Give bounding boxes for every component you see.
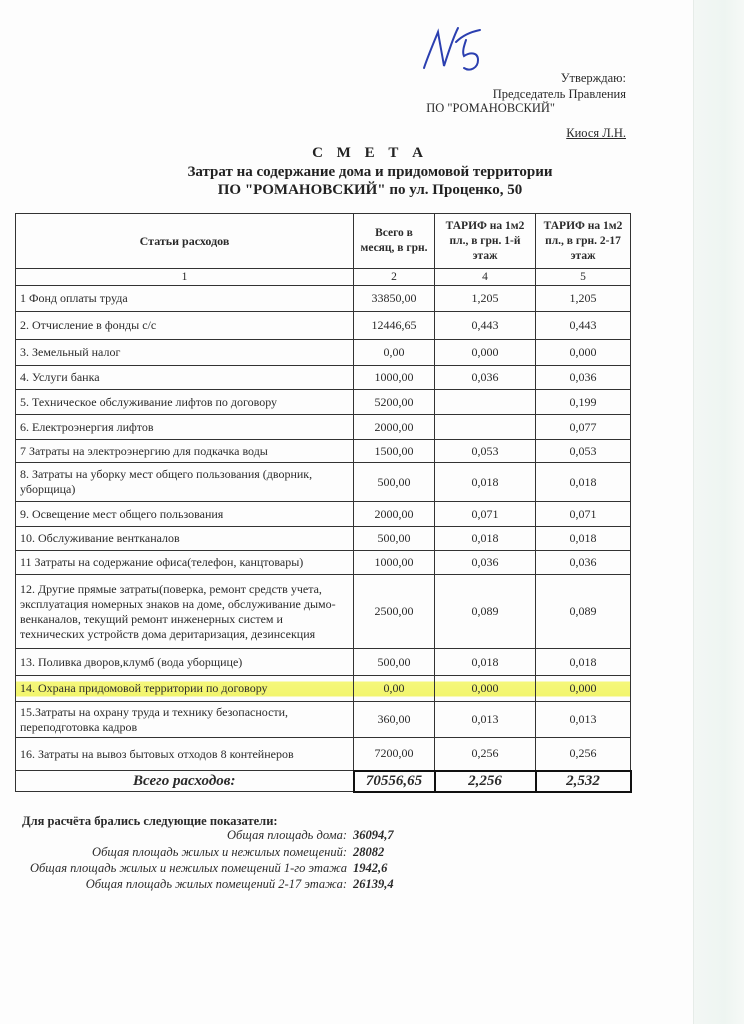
tariff-floors-2-17-cell: 0,443 xyxy=(536,312,631,340)
monthly-total-cell: 500,00 xyxy=(354,527,435,551)
tariff-floor-1-cell: 0,443 xyxy=(435,312,536,340)
tariff-floors-2-17-cell: 0,199 xyxy=(536,390,631,415)
totals-tariff-floors-2-17: 2,532 xyxy=(536,771,631,792)
monthly-total-cell: 2500,00 xyxy=(354,575,435,649)
tariff-floors-2-17-cell: 0,077 xyxy=(536,415,631,440)
expense-item-label: 3. Земельный налог xyxy=(16,340,354,366)
monthly-total-cell: 33850,00 xyxy=(354,286,435,312)
tariff-floor-1-cell: 0,071 xyxy=(435,502,536,527)
tariff-floors-2-17-cell: 0,071 xyxy=(536,502,631,527)
column-number: 1 xyxy=(16,269,354,286)
table-row: 9. Освещение мест общего пользования2000… xyxy=(16,502,631,527)
column-header-tariff-floor-1: ТАРИФ на 1м2 пл., в грн. 1-й этаж xyxy=(435,214,536,269)
parameter-value: 26139,4 xyxy=(353,877,394,892)
tariff-floor-1-cell: 0,256 xyxy=(435,738,536,771)
tariff-floor-1-cell: 0,000 xyxy=(435,676,536,702)
monthly-total-cell: 1500,00 xyxy=(354,440,435,463)
parameter-line: Общая площадь дома:36094,7 xyxy=(20,828,404,843)
tariff-floor-1-cell: 0,036 xyxy=(435,551,536,575)
totals-tariff-floor-1: 2,256 xyxy=(435,771,536,792)
table-header-row: Статьи расходов Всего в месяц, в грн. ТА… xyxy=(16,214,631,269)
monthly-total-cell: 2000,00 xyxy=(354,415,435,440)
document-title: С М Е Т А xyxy=(130,145,610,162)
monthly-total-cell: 7200,00 xyxy=(354,738,435,771)
parameter-line: Общая площадь жилых и нежилых помещений:… xyxy=(20,845,404,860)
column-number-row: 1 2 4 5 xyxy=(16,269,631,286)
organization-name: ПО "РОМАНОВСКИЙ" xyxy=(426,101,555,116)
table-row: 12. Другие прямые затраты(поверка, ремон… xyxy=(16,575,631,649)
monthly-total-cell: 0,00 xyxy=(354,676,435,702)
monthly-total-cell: 12446,65 xyxy=(354,312,435,340)
tariff-floor-1-cell: 0,000 xyxy=(435,340,536,366)
monthly-total-cell: 5200,00 xyxy=(354,390,435,415)
scan-edge xyxy=(693,0,744,1024)
expense-item-label: 9. Освещение мест общего пользования xyxy=(16,502,354,527)
parameter-line: Общая площадь жилых и нежилых помещений … xyxy=(20,861,404,876)
parameter-value: 28082 xyxy=(353,845,384,860)
expense-item-label: 16. Затраты на вывоз бытовых отходов 8 к… xyxy=(16,738,354,771)
tariff-floors-2-17-cell: 0,018 xyxy=(536,463,631,502)
table-row: 3. Земельный налог0,000,0000,000 xyxy=(16,340,631,366)
expense-item-label: 2. Отчисление в фонды с/с xyxy=(16,312,354,340)
expense-item-label: 14. Охрана придомовой территории по дого… xyxy=(16,676,354,702)
totals-monthly: 70556,65 xyxy=(354,771,435,792)
expense-item-label: 13. Поливка дворов,клумб (вода уборщице) xyxy=(16,649,354,676)
table-row: 10. Обслуживание вентканалов500,000,0180… xyxy=(16,527,631,551)
tariff-floor-1-cell: 0,018 xyxy=(435,527,536,551)
parameter-label: Общая площадь жилых и нежилых помещений: xyxy=(20,845,347,860)
parameter-label: Общая площадь дома: xyxy=(20,828,347,843)
tariff-floor-1-cell: 0,018 xyxy=(435,463,536,502)
tariff-floors-2-17-cell: 0,036 xyxy=(536,551,631,575)
expense-item-label: 10. Обслуживание вентканалов xyxy=(16,527,354,551)
monthly-total-cell: 0,00 xyxy=(354,340,435,366)
totals-label: Всего расходов: xyxy=(16,771,354,792)
table-row: 6. Електроэнергия лифтов2000,000,077 xyxy=(16,415,631,440)
expense-item-label: 1 Фонд оплаты труда xyxy=(16,286,354,312)
approver-name: Киося Л.Н. xyxy=(566,126,626,141)
table-row: 13. Поливка дворов,клумб (вода уборщице)… xyxy=(16,649,631,676)
tariff-floor-1-cell: 0,036 xyxy=(435,366,536,390)
table-row: 2. Отчисление в фонды с/с12446,650,4430,… xyxy=(16,312,631,340)
tariff-floor-1-cell xyxy=(435,415,536,440)
expense-item-label: 4. Услуги банка xyxy=(16,366,354,390)
expense-item-label: 15.Затраты на охрану труда и технику без… xyxy=(16,702,354,738)
table-row: 1 Фонд оплаты труда33850,001,2051,205 xyxy=(16,286,631,312)
tariff-floors-2-17-cell: 0,018 xyxy=(536,527,631,551)
approver-position: Председатель Правления xyxy=(493,87,626,102)
tariff-floor-1-cell: 0,089 xyxy=(435,575,536,649)
tariff-floors-2-17-cell: 1,205 xyxy=(536,286,631,312)
monthly-total-cell: 360,00 xyxy=(354,702,435,738)
tariff-floors-2-17-cell: 0,036 xyxy=(536,366,631,390)
column-header-tariff-floors-2-17: ТАРИФ на 1м2 пл., в грн. 2-17 этаж xyxy=(536,214,631,269)
column-number: 5 xyxy=(536,269,631,286)
expense-item-label: 5. Техническое обслуживание лифтов по до… xyxy=(16,390,354,415)
expense-item-label: 6. Електроэнергия лифтов xyxy=(16,415,354,440)
monthly-total-cell: 1000,00 xyxy=(354,366,435,390)
table-row: 16. Затраты на вывоз бытовых отходов 8 к… xyxy=(16,738,631,771)
tariff-floors-2-17-cell: 0,018 xyxy=(536,649,631,676)
expense-item-label: 11 Затраты на содержание офиса(телефон, … xyxy=(16,551,354,575)
tariff-floors-2-17-cell: 0,053 xyxy=(536,440,631,463)
table-row: 15.Затраты на охрану труда и технику без… xyxy=(16,702,631,738)
tariff-floors-2-17-cell: 0,013 xyxy=(536,702,631,738)
signature-icon xyxy=(418,22,493,77)
monthly-total-cell: 500,00 xyxy=(354,649,435,676)
tariff-floors-2-17-cell: 0,000 xyxy=(536,340,631,366)
table-row: 5. Техническое обслуживание лифтов по до… xyxy=(16,390,631,415)
expense-item-label: 7 Затраты на электроэнергию для подкачка… xyxy=(16,440,354,463)
column-number: 4 xyxy=(435,269,536,286)
table-row: 14. Охрана придомовой территории по дого… xyxy=(16,676,631,702)
tariff-floor-1-cell: 0,053 xyxy=(435,440,536,463)
tariff-floor-1-cell: 1,205 xyxy=(435,286,536,312)
parameter-label: Общая площадь жилых помещений 2-17 этажа… xyxy=(20,877,347,892)
monthly-total-cell: 500,00 xyxy=(354,463,435,502)
document-subtitle: Затрат на содержание дома и придомовой т… xyxy=(130,164,610,181)
tariff-floors-2-17-cell: 0,000 xyxy=(536,676,631,702)
tariff-floor-1-cell xyxy=(435,390,536,415)
tariff-floors-2-17-cell: 0,089 xyxy=(536,575,631,649)
parameter-line: Общая площадь жилых помещений 2-17 этажа… xyxy=(20,877,404,892)
budget-table: Статьи расходов Всего в месяц, в грн. ТА… xyxy=(15,213,632,793)
parameter-label: Общая площадь жилых и нежилых помещений … xyxy=(20,861,347,876)
column-header-items: Статьи расходов xyxy=(16,214,354,269)
parameter-value: 36094,7 xyxy=(353,828,394,843)
expense-item-label: 12. Другие прямые затраты(поверка, ремон… xyxy=(16,575,354,649)
approve-label: Утверждаю: xyxy=(561,71,626,86)
table-row: 8. Затраты на уборку мест общего пользов… xyxy=(16,463,631,502)
table-row: 4. Услуги банка1000,000,0360,036 xyxy=(16,366,631,390)
tariff-floor-1-cell: 0,018 xyxy=(435,649,536,676)
parameters-title: Для расчёта брались следующие показатели… xyxy=(22,814,278,829)
monthly-total-cell: 2000,00 xyxy=(354,502,435,527)
table-row: 11 Затраты на содержание офиса(телефон, … xyxy=(16,551,631,575)
table-row: 7 Затраты на электроэнергию для подкачка… xyxy=(16,440,631,463)
column-header-monthly-total: Всего в месяц, в грн. xyxy=(354,214,435,269)
tariff-floors-2-17-cell: 0,256 xyxy=(536,738,631,771)
column-number: 2 xyxy=(354,269,435,286)
document-subtitle-address: ПО "РОМАНОВСКИЙ" по ул. Проценко, 50 xyxy=(130,182,610,199)
totals-row: Всего расходов:70556,652,2562,532 xyxy=(16,771,631,792)
tariff-floor-1-cell: 0,013 xyxy=(435,702,536,738)
expense-item-label: 8. Затраты на уборку мест общего пользов… xyxy=(16,463,354,502)
monthly-total-cell: 1000,00 xyxy=(354,551,435,575)
parameter-value: 1942,6 xyxy=(353,861,387,876)
